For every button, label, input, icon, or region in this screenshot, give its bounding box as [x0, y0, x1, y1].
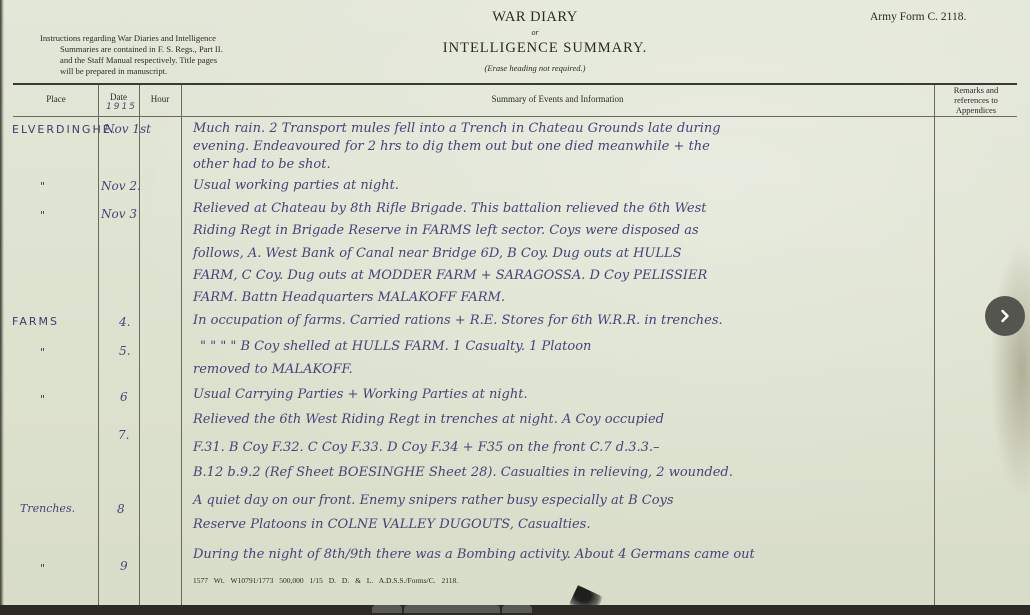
entry-line: " " " " B Coy shelled at HULLS FARM. 1 C…	[200, 339, 591, 354]
page-edge	[0, 0, 4, 615]
entry-line: FARM, C Coy. Dug outs at MODDER FARM + S…	[193, 268, 707, 283]
column-header-date: Date	[98, 92, 139, 102]
diary-page-scan: Instructions regarding War Diaries and I…	[0, 0, 1030, 615]
entry-line: FARM. Battn Headquarters MALAKOFF FARM.	[193, 290, 505, 305]
erase-note: (Erase heading not required.)	[360, 63, 710, 73]
thumbnail-tab[interactable]	[404, 605, 500, 613]
entry-line: Usual Carrying Parties + Working Parties…	[193, 387, 528, 402]
column-header-summary: Summary of Events and Information	[181, 94, 934, 104]
entry-line: Usual working parties at night.	[193, 178, 399, 193]
entry-date: Nov 3	[101, 207, 137, 221]
column-divider	[934, 85, 935, 605]
chevron-right-icon	[998, 309, 1012, 323]
entry-line: A quiet day on our front. Enemy snipers …	[193, 493, 674, 508]
entry-line: Reserve Platoons in COLNE VALLEY DUGOUTS…	[193, 517, 590, 532]
entry-line: In occupation of farms. Carried rations …	[193, 313, 723, 328]
column-header-remarks: Remarks and references to Appendices	[934, 85, 1018, 115]
remarks-line: references to	[934, 95, 1018, 105]
entry-date: 4.	[119, 315, 130, 329]
printer-imprint: 1577 Wt. W10791/1773 500,000 1/15 D. D. …	[193, 576, 458, 585]
entry-date: 8	[117, 502, 125, 516]
entry-place: "	[40, 209, 47, 222]
column-header-hour: Hour	[139, 94, 181, 104]
viewer-thumbnail-strip[interactable]	[372, 605, 532, 615]
thumbnail-tab[interactable]	[372, 605, 402, 613]
entry-date: 6	[120, 390, 128, 404]
remarks-line: Appendices	[934, 105, 1018, 115]
instructions-line: will be prepared in manuscript.	[40, 66, 280, 77]
form-title: WAR DIARY or INTELLIGENCE SUMMARY. (Eras…	[380, 9, 710, 73]
entry-place: FARMS	[12, 315, 59, 328]
entry-place: "	[40, 562, 47, 575]
entry-date: Nov 1st	[104, 122, 151, 136]
entry-place: Trenches.	[20, 502, 75, 515]
column-divider	[98, 85, 99, 605]
table-top-rule	[13, 83, 1017, 85]
entry-place: ELVERDINGHE.	[12, 123, 117, 136]
entry-date: 9	[120, 559, 128, 573]
entry-date: 7.	[118, 428, 129, 442]
entry-line: Relieved at Chateau by 8th Rifle Brigade…	[193, 201, 707, 216]
entry-line: During the night of 8th/9th there was a …	[193, 547, 755, 562]
paper-stain	[990, 240, 1030, 500]
instructions-note: Instructions regarding War Diaries and I…	[40, 33, 280, 77]
entry-line: F.31. B Coy F.32. C Coy F.33. D Coy F.34…	[193, 440, 660, 455]
table-header-rule	[13, 116, 1017, 117]
entry-place: "	[40, 180, 47, 193]
entry-line: other had to be shot.	[193, 157, 331, 172]
entry-place: "	[40, 393, 47, 406]
entry-line: B.12 b.9.2 (Ref Sheet BOESINGHE Sheet 28…	[193, 465, 733, 480]
title-war-diary: WAR DIARY	[360, 9, 710, 26]
column-divider	[181, 85, 182, 605]
instructions-line: and the Staff Manual respectively. Title…	[40, 55, 280, 66]
instructions-line: Instructions regarding War Diaries and I…	[40, 33, 280, 44]
entry-line: follows, A. West Bank of Canal near Brid…	[193, 246, 682, 261]
entry-date: 5.	[119, 344, 130, 358]
date-year: 1915	[106, 102, 137, 112]
entry-line: Riding Regt in Brigade Reserve in FARMS …	[193, 223, 699, 238]
remarks-line: Remarks and	[934, 85, 1018, 95]
entry-line: Much rain. 2 Transport mules fell into a…	[193, 121, 721, 136]
title-or: or	[360, 28, 710, 37]
thumbnail-tab[interactable]	[502, 605, 532, 613]
column-header-place: Place	[14, 94, 98, 104]
next-page-button[interactable]	[985, 296, 1025, 336]
entry-line: removed to MALAKOFF.	[193, 362, 353, 377]
entry-line: evening. Endeavoured for 2 hrs to dig th…	[193, 139, 710, 154]
entry-place: "	[40, 346, 47, 359]
entry-line: Relieved the 6th West Riding Regt in tre…	[193, 412, 664, 427]
instructions-line: Summaries are contained in F. S. Regs., …	[40, 44, 280, 55]
title-intelligence-summary: INTELLIGENCE SUMMARY.	[380, 40, 710, 57]
entry-date: Nov 2.	[101, 179, 141, 193]
column-divider	[139, 85, 140, 605]
army-form-number: Army Form C. 2118.	[870, 11, 966, 23]
